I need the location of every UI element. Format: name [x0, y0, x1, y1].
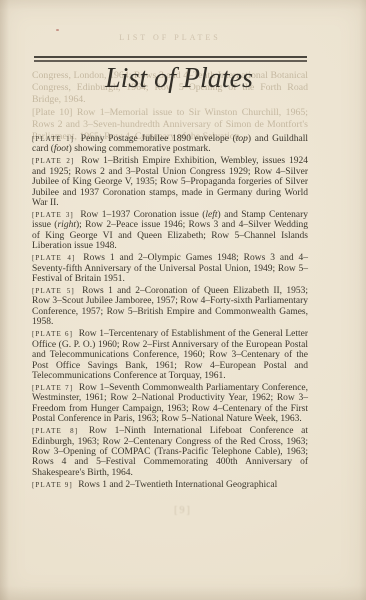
plates-list: [Plate 1] Penny Postage Jubilee 1890 env…: [32, 134, 308, 492]
plate-entry: [Plate 1] Penny Postage Jubilee 1890 env…: [32, 134, 308, 155]
ghost-header-showthrough: LIST OF PLATES: [32, 33, 308, 42]
plate-label: [Plate 4]: [32, 253, 75, 263]
book-page: LIST OF PLATES Congress, London, 1964; R…: [0, 0, 366, 600]
plate-entry: [Plate 2] Row 1–British Empire Exhibitio…: [32, 156, 308, 208]
plate-label: [Plate 7]: [32, 383, 73, 393]
plate-entry: [Plate 6] Row 1–Tercentenary of Establis…: [32, 329, 308, 381]
plate-entry: [Plate 8] Row 1–Ninth International Life…: [32, 426, 308, 478]
plate-entry: [Plate 3] Row 1–1937 Coronation issue (l…: [32, 210, 308, 252]
plate-text-italic: foot: [54, 144, 69, 154]
plate-text: Rows 1 and 2–Twentieth International Geo…: [78, 480, 277, 490]
plate-text-italic: left: [205, 210, 217, 220]
plate-label: [Plate 2]: [32, 156, 74, 166]
plate-label: [Plate 6]: [32, 329, 73, 339]
plate-text-italic: top: [236, 134, 248, 144]
plate-label: [Plate 9]: [32, 480, 73, 490]
plate-text-italic: right: [57, 220, 75, 230]
plate-text: ) showing commemorative postmark.: [69, 144, 211, 154]
plate-label: [Plate 8]: [32, 426, 78, 436]
ghost-page-number: [9]: [148, 505, 218, 516]
plate-entry: [Plate 7] Row 1–Seventh Commonwealth Par…: [32, 383, 308, 425]
plate-entry: [Plate 9] Rows 1 and 2–Twentieth Interna…: [32, 480, 308, 490]
plate-text: Row 1–Seventh Commonwealth Parliamentary…: [32, 383, 308, 424]
plate-text: Row 1–Tercentenary of Establishment of t…: [32, 329, 308, 381]
plate-entry: [Plate 4] Rows 1 and 2–Olympic Games 194…: [32, 253, 308, 284]
plate-entry: [Plate 5] Rows 1 and 2–Coronation of Que…: [32, 286, 308, 328]
plate-text: Row 1–1937 Coronation issue (: [80, 210, 205, 220]
plate-text: Penny Postage Jubilee 1890 envelope (: [81, 134, 236, 144]
paper-speck: [56, 29, 59, 31]
plate-label: [Plate 1]: [32, 134, 74, 144]
plate-label: [Plate 3]: [32, 210, 74, 220]
plate-label: [Plate 5]: [32, 286, 75, 296]
page-title: List of Plates: [41, 62, 317, 96]
